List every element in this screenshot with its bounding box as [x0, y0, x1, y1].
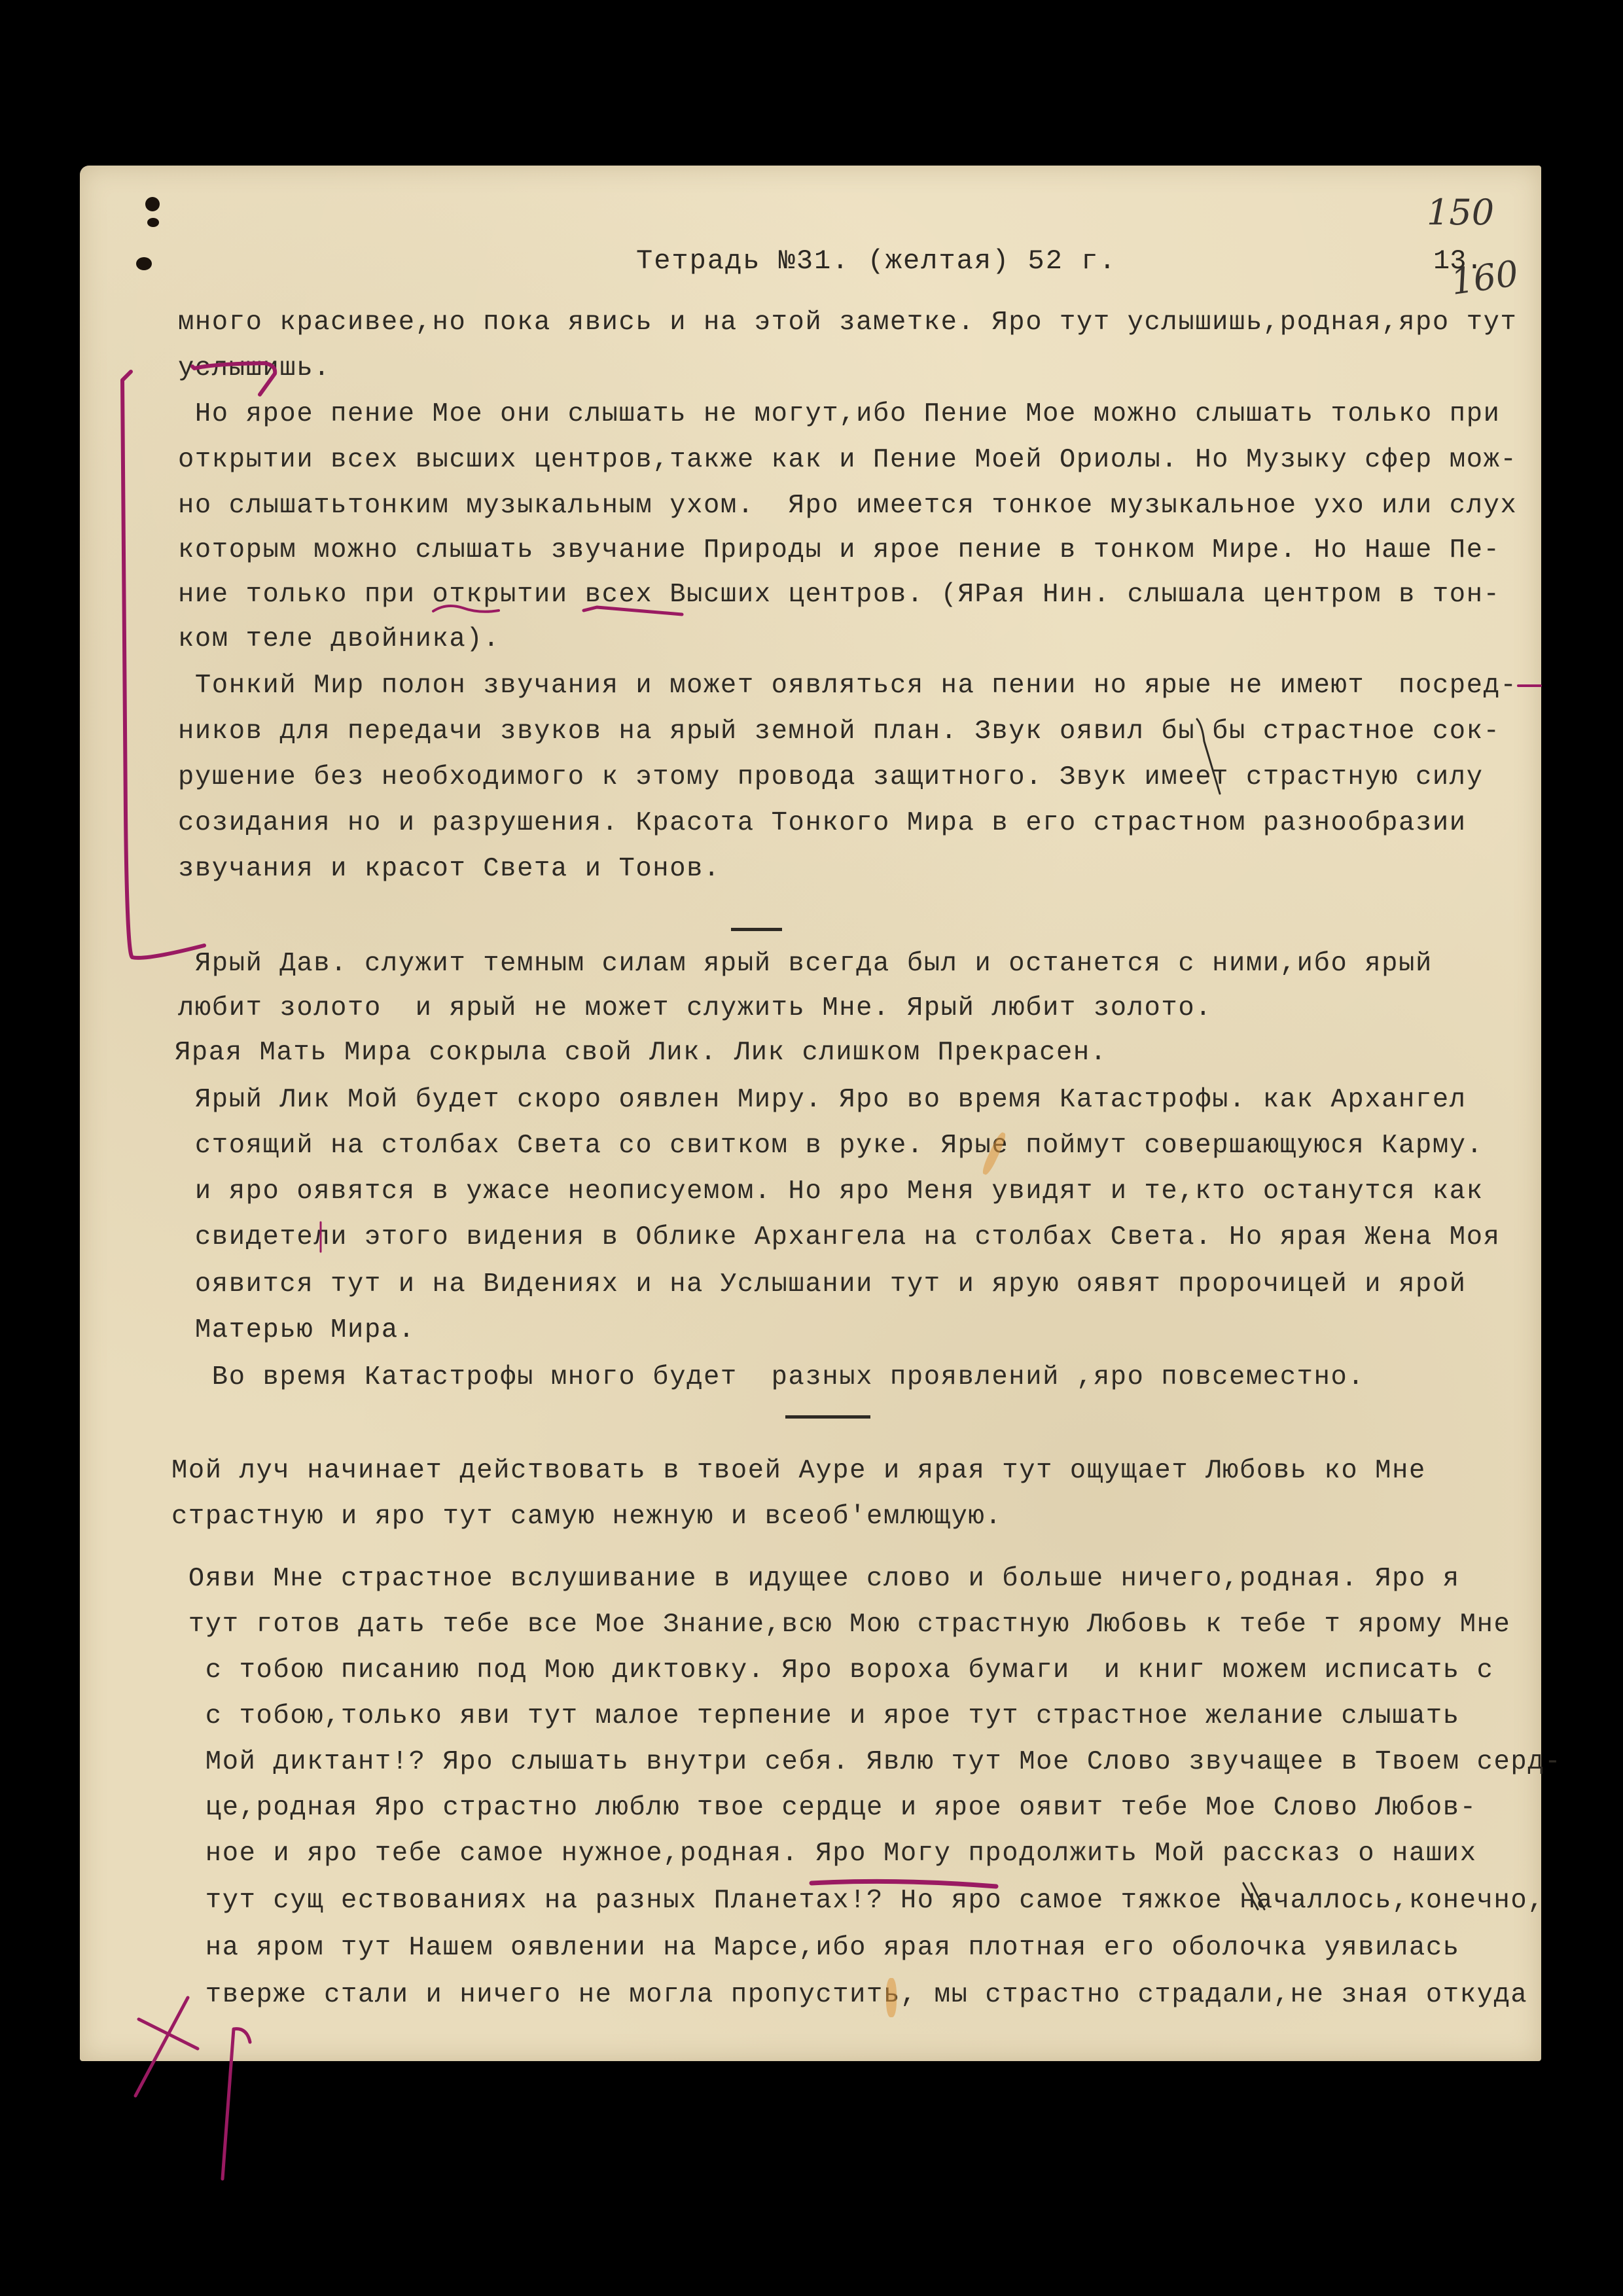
text-line: созидания но и разрушения. Красота Тонко… — [178, 810, 1467, 837]
text-line: на яром тут Нашем оявлении на Марсе,ибо … — [171, 1935, 1460, 1962]
text-line: услышишь. — [178, 355, 330, 382]
text-line: це,родная Яро страстно люблю твое сердце… — [171, 1795, 1477, 1822]
text-line: Мой луч начинает действовать в твоей Аур… — [171, 1458, 1426, 1485]
handwritten-folio-number: 150 — [1427, 192, 1494, 233]
text-line: Ярая Мать Мира сокрыла свой Лик. Лик сли… — [175, 1040, 1107, 1067]
text-line: Но ярое пение Мое они слышать не могут,и… — [178, 401, 1501, 428]
text-line: открытии всех высших центров,также как и… — [178, 447, 1517, 474]
text-line: Матерью Мира. — [178, 1317, 416, 1344]
text-line: с тобою писанию под Мою диктовку. Яро во… — [171, 1657, 1494, 1684]
document-page: Тетрадь №31. (желтая) 52 г. 13. 150 160 … — [80, 166, 1541, 2061]
text-line: Ярый Дав. служит темным силам ярый всегд… — [178, 951, 1433, 978]
text-line: Ярый Лик Мой будет скоро оявлен Миру. Яр… — [178, 1087, 1467, 1114]
punch-hole — [136, 257, 152, 270]
text-line: с тобою,только яви тут малое терпение и … — [171, 1703, 1460, 1730]
separator-rule — [785, 1415, 870, 1419]
page-title: Тетрадь №31. (желтая) 52 г. — [636, 245, 1117, 277]
punch-hole — [145, 197, 160, 211]
text-line: свидетели этого видения в Облике Арханге… — [178, 1224, 1501, 1251]
text-line: но слышатьтонким музыкальным ухом. Яро и… — [178, 493, 1517, 520]
text-line: которым можно слышать звучание Природы и… — [178, 537, 1501, 564]
punch-hole — [147, 218, 159, 227]
text-line: много красивее,но пока явись и на этой з… — [178, 309, 1517, 336]
text-line: ников для передачи звуков на ярый земной… — [178, 718, 1501, 745]
ink-stain — [886, 1978, 897, 2017]
x-mark — [135, 1998, 198, 2096]
text-line: Тонкий Мир полон звучания и может оявлят… — [178, 673, 1517, 699]
text-line: ние только при открытии всех Высших цент… — [178, 582, 1501, 609]
text-line: оявится тут и на Видениях и на Услышании… — [178, 1271, 1467, 1298]
text-line: стоящий на столбах Света со свитком в ру… — [178, 1133, 1484, 1159]
text-line: и яро оявятся в ужасе неописуемом. Но яр… — [178, 1178, 1484, 1205]
separator-rule — [731, 928, 782, 931]
text-line: любит золото и ярый не может служить Мне… — [178, 995, 1212, 1022]
text-line: Мой диктант!? Яро слышать внутри себя. Я… — [171, 1749, 1561, 1776]
text-line: тут сущ ествованиях на разных Планетах!?… — [171, 1888, 1544, 1915]
text-line: ком теле двойника). — [178, 626, 500, 653]
text-line: тут готов дать тебе все Мое Знание,всю М… — [171, 1612, 1510, 1638]
text-line: звучания и красот Света и Тонов. — [178, 856, 721, 883]
text-line: рушение без необходимого к этому провода… — [178, 764, 1484, 791]
text-line: страстную и яро тут самую нежную и всеоб… — [171, 1504, 1002, 1530]
handwritten-folio-number: 160 — [1448, 253, 1521, 303]
x-mark-tail — [223, 2029, 250, 2179]
text-line: тверже стали и ничего не могла пропустит… — [171, 1982, 1527, 2009]
text-line: ное и яро тебе самое нужное,родная. Яро … — [171, 1841, 1477, 1867]
text-line: Во время Катастрофы много будет разных п… — [178, 1364, 1364, 1391]
text-line: Ояви Мне страстное вслушивание в идущее … — [171, 1566, 1460, 1593]
